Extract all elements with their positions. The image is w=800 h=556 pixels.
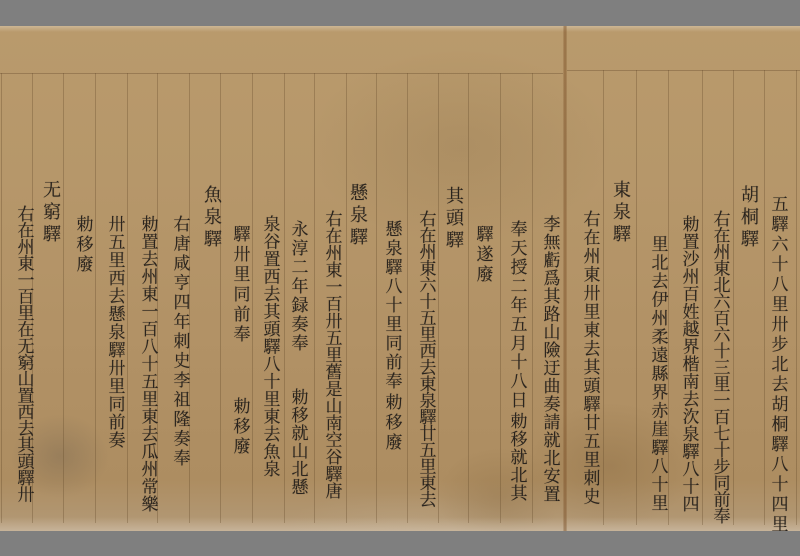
edict-annotation: 勅移就山北懸 [289,388,306,496]
column-rule [284,73,285,523]
column-rule [668,70,669,525]
edict-annotation: 勅移廢 [383,393,400,453]
column-rule [346,73,347,523]
text-column: 右在州東卅里東去其頭驛廿五里刺史 [581,210,598,506]
column-rule [376,73,377,523]
column-rule [702,70,703,525]
text-column: 右在州東六十五里西去東泉驛廿五里東去 [417,210,434,507]
column-rule [220,73,221,523]
paper-bottom-edge [0,517,800,531]
text-column: 勅置去州東一百八十五里東去瓜州常樂 [139,215,156,513]
text-column: 泉谷置西去其頭驛八十里東去魚泉 [261,215,278,478]
column-rule [438,73,439,523]
column-rule [407,73,408,523]
text-column: 右在州東北六百六十三里一百七十步同前奉 [711,210,728,524]
edict-annotation: 勅移就北其 [508,412,525,502]
text-column: 里北去伊州柔遠縣界赤崖驛八十里 [649,235,666,513]
column-rule [636,70,637,525]
column-rule [468,73,469,523]
text-column: 右在州東一百卅五里舊是山南空谷驛唐 [323,210,340,499]
text-column: 卅五里西去懸泉驛卅里同前奏 [106,215,123,449]
text-column: 驛遂廢 [474,225,491,285]
text-column: 五驛六十八里卅步北去胡桐驛八十四里 [769,195,786,531]
station-heading-qitou: 其頭驛 [444,186,462,252]
image-viewport: 五驛六十八里卅步北去胡桐驛八十四里 胡桐驛 右在州東北六百六十三里一百七十步同前… [0,0,800,556]
column-rule [603,70,604,525]
station-heading-xuanquan: 懸泉驛 [348,183,366,249]
station-heading-hutong: 胡桐驛 [739,185,757,251]
top-ruling-line-left [0,73,563,74]
column-rule [252,73,253,523]
top-ruling-line-right [567,70,800,71]
column-rule [764,70,765,525]
edict-annotation: 勅移廢 [74,215,91,275]
column-rule [733,70,734,525]
text-column: 李無虧爲其路山險迂曲奏請就北安置 [541,215,558,503]
column-rule [95,73,96,523]
column-rule [796,70,797,525]
column-rule [314,73,315,523]
paper-joint-seam [563,26,567,531]
station-heading-wuqiong: 无窮驛 [41,180,59,246]
edict-annotation: 勅移廢 [231,397,248,457]
text-column: 永淳二年録奏奉 [289,220,306,353]
text-column: 右唐咸亨四年刺史李祖隆奏奉 [171,215,188,469]
text-column: 驛卅里同前奉 [231,225,248,345]
column-rule [532,73,533,523]
column-rule [127,73,128,523]
column-rule [1,73,2,523]
column-rule [63,73,64,523]
station-heading-yuquan: 魚泉驛 [202,185,220,251]
text-column: 勅置沙州百姓越界楷南去㳄泉驛八十四 [680,215,697,513]
text-column: 奉天授二年五月十八日 [508,220,525,410]
station-heading-dongquan: 東泉驛 [611,180,629,246]
text-column: 懸泉驛八十里同前奉 [383,220,400,391]
text-column: 右在州東一百里在无窮山置西去其頭驛卅 [15,205,32,502]
manuscript-scroll: 五驛六十八里卅步北去胡桐驛八十四里 胡桐驛 右在州東北六百六十三里一百七十步同前… [0,26,800,531]
column-rule [500,73,501,523]
paper-top-edge [0,26,800,32]
